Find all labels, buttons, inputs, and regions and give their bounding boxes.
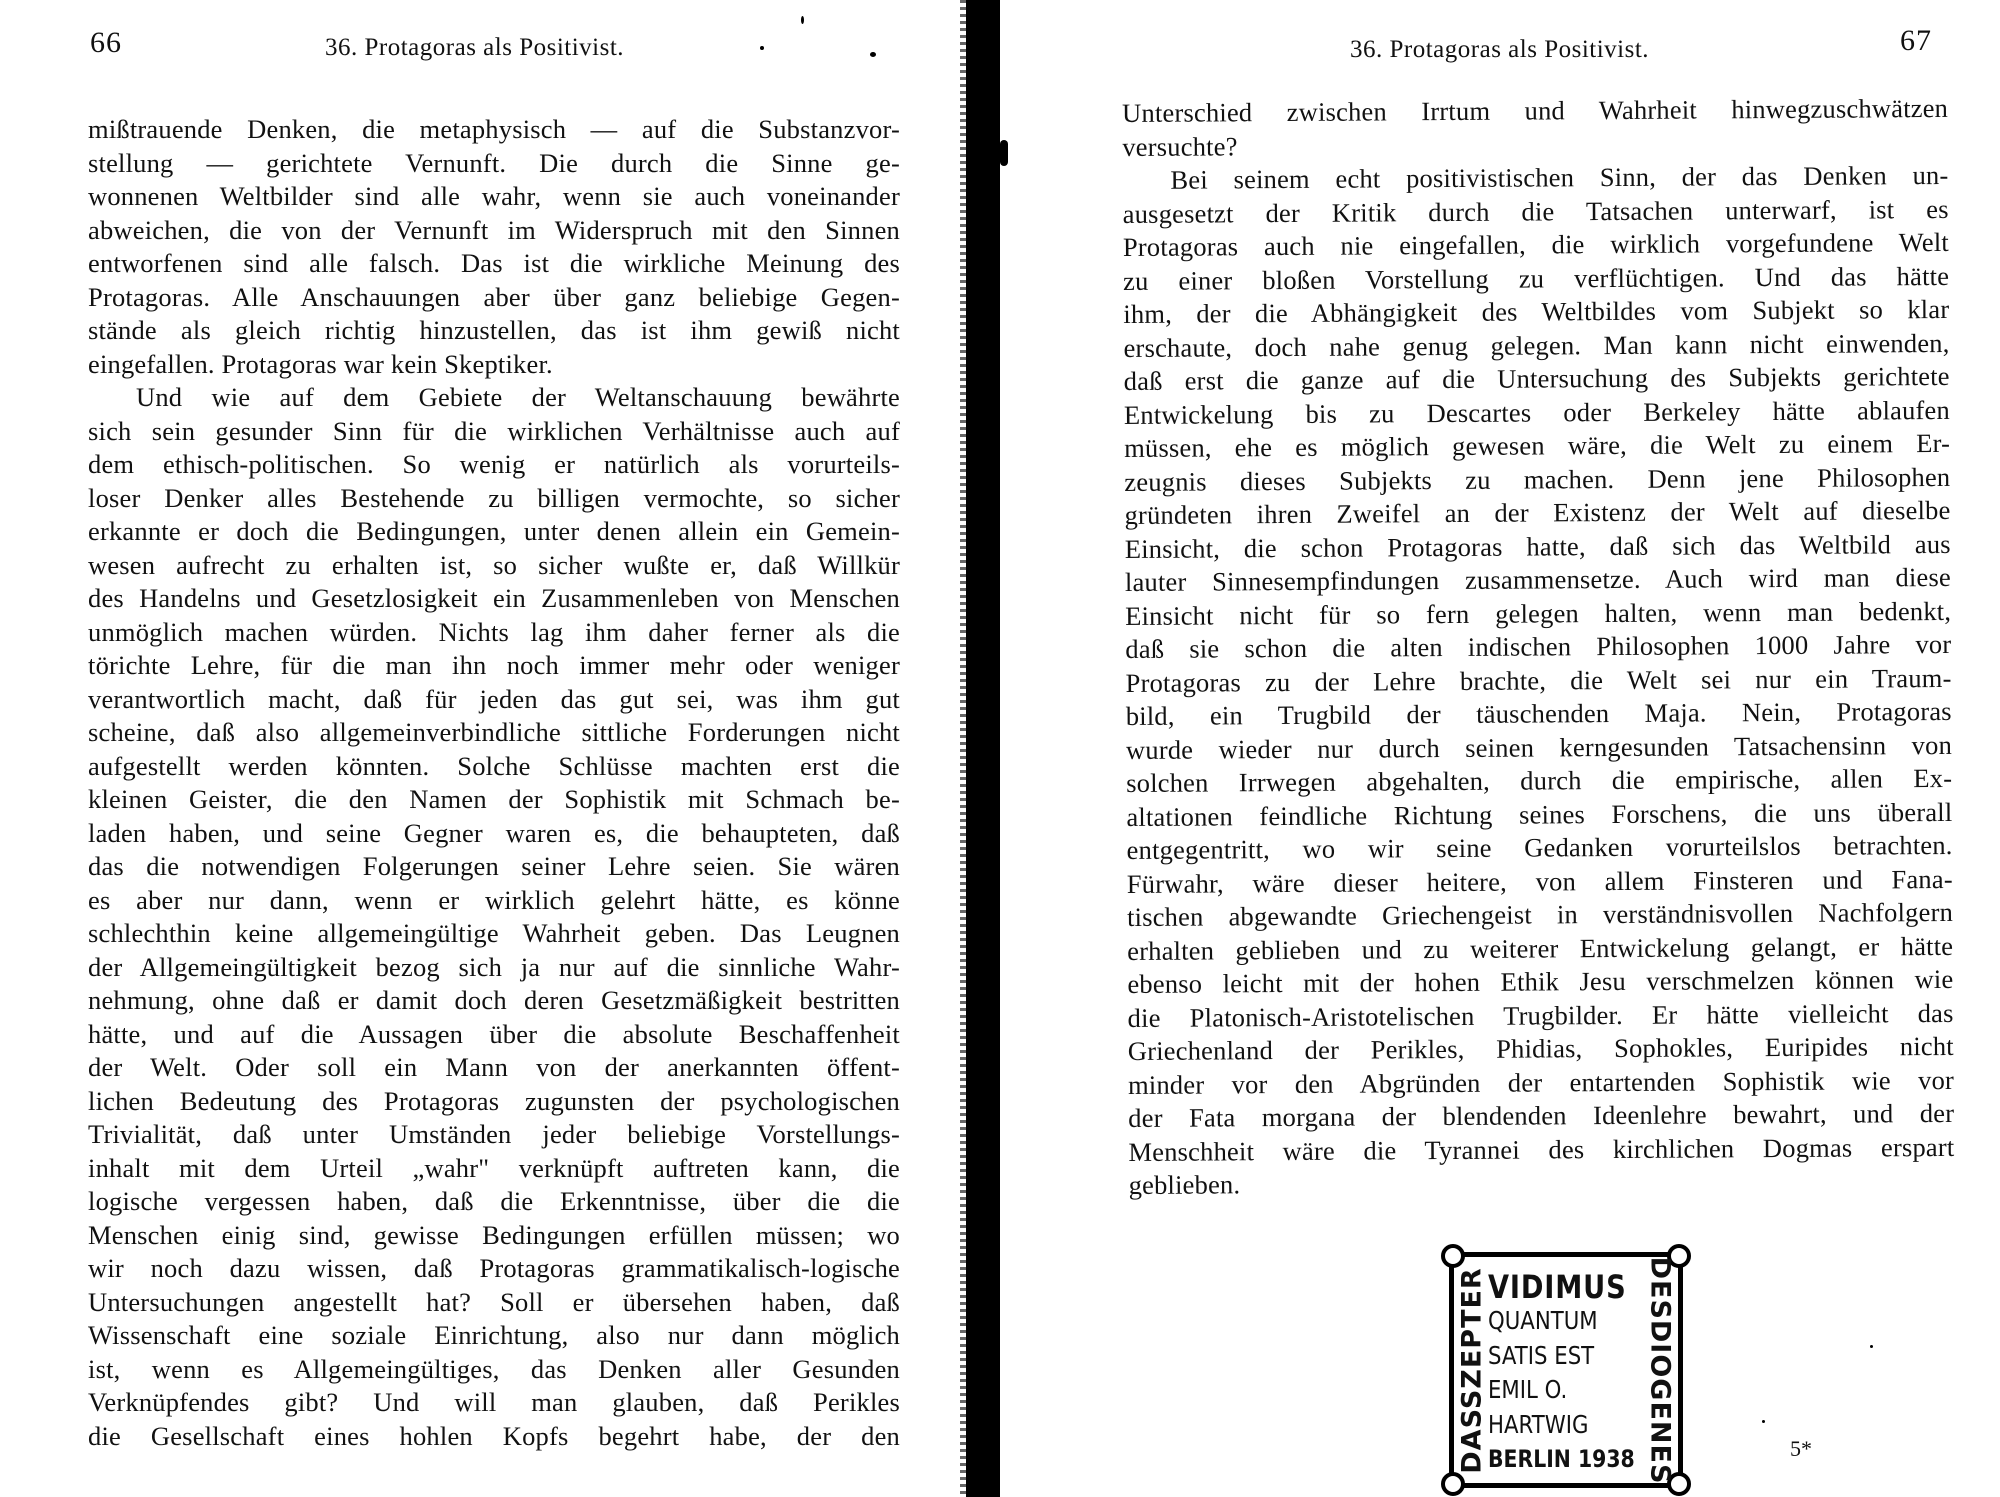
signature-mark: 5*: [1790, 1436, 1812, 1462]
text-line: das die notwendigen Folgerungen seiner L…: [88, 850, 900, 884]
text-line: Untersuchungen angestellt hat? Soll er ü…: [88, 1286, 900, 1320]
text-line: bild, ein Trugbild der täuschenden Maja.…: [1126, 695, 1952, 734]
text-line: die Gesellschaft eines hohlen Kopfs bege…: [88, 1420, 900, 1454]
print-speck: [801, 16, 804, 24]
text-line: daß sie schon die alten indischen Philos…: [1125, 628, 1951, 667]
page-number-left: 66: [90, 26, 122, 60]
text-line: ebenso leicht mit der hohen Ethik Jesu v…: [1127, 963, 1953, 1002]
text-line: Entwickelung bis zu Descartes oder Berke…: [1124, 393, 1950, 432]
text-line: minder vor den Abgründen der entartenden…: [1128, 1063, 1954, 1102]
print-speck: [760, 46, 764, 50]
library-stamp: DASSZEPTER DESDIOGENES VIDIMUS QUANTUM S…: [1449, 1252, 1683, 1488]
text-line: entgegentritt, wo wir seine Gedanken vor…: [1127, 829, 1953, 868]
text-line: zeugnis dieses Subjekts zu machen. Denn …: [1124, 460, 1950, 499]
text-line: verantwortlich macht, daß für jeden das …: [88, 683, 900, 717]
text-line: schlechthin keine allgemeingültige Wahrh…: [88, 917, 900, 951]
stamp-right-label: DESDIOGENES: [1645, 1256, 1676, 1484]
running-head-left: 36. Protagoras als Positivist.: [325, 34, 624, 62]
text-line: törichte Lehre, für die man ihn noch imm…: [88, 649, 900, 683]
stamp-left-text: DASSZEPTER: [1456, 1257, 1488, 1483]
text-line: laden haben, und seine Gegner waren es, …: [88, 817, 900, 851]
text-line: stellung — gerichtete Vernunft. Die durc…: [88, 147, 900, 181]
text-line: inhalt mit dem Urteil „wahr" verknüpft a…: [88, 1152, 900, 1186]
text-line: solchen Irrwegen abgehalten, durch die e…: [1126, 762, 1952, 801]
text-line: gründeten ihren Zweifel an der Existenz …: [1124, 494, 1950, 533]
right-page-text: Unterschied zwischen Irrtum und Wahrheit…: [1122, 92, 1955, 1203]
text-line: sich sein gesunder Sinn für die wirklich…: [88, 415, 900, 449]
text-line: wesen aufrecht zu erhalten ist, so siche…: [88, 549, 900, 583]
text-line: Menschheit wäre die Tyrannei des kirchli…: [1128, 1130, 1954, 1169]
text-line: tischen abgewandte Griechengeist in vers…: [1127, 896, 1953, 935]
text-line: erkannte er doch die Bedingungen, unter …: [88, 515, 900, 549]
text-line: Fürwahr, wäre dieser heitere, von allem …: [1127, 862, 1953, 901]
text-line: der Allgemeingültigkeit bezog sich ja nu…: [88, 951, 900, 985]
stamp-line: VIDIMUS: [1488, 1271, 1627, 1303]
text-line: ausgesetzt der Kritik durch die Tatsache…: [1123, 192, 1949, 231]
text-line: hätte, und auf die Aussagen über die abs…: [88, 1018, 900, 1052]
text-line: des Handelns und Gesetzlosigkeit ein Zus…: [88, 582, 900, 616]
text-line: es aber nur dann, wenn er wirklich geleh…: [88, 884, 900, 918]
text-line: eingefallen. Protagoras war kein Skeptik…: [88, 348, 900, 382]
text-line: versuchte?: [1122, 125, 1948, 164]
text-line: loser Denker alles Bestehende zu billige…: [88, 482, 900, 516]
text-line: abweichen, die von der Vernunft im Wider…: [88, 214, 900, 248]
text-line: Unterschied zwischen Irrtum und Wahrheit…: [1122, 92, 1948, 131]
text-line: daß erst die ganze auf die Untersuchung …: [1124, 360, 1950, 399]
text-line: der Welt. Oder soll ein Mann von der ane…: [88, 1051, 900, 1085]
text-line: Bei seinem echt positivistischen Sinn, d…: [1122, 159, 1948, 198]
page-number-right: 67: [1900, 24, 1932, 58]
text-line: logische vergessen haben, daß die Erkenn…: [88, 1185, 900, 1219]
text-line: mißtrauende Denken, die metaphysisch — a…: [88, 113, 900, 147]
book-binding-gutter: [966, 0, 1000, 1497]
text-line: wurde wieder nur durch seinen kerngesund…: [1126, 728, 1952, 767]
text-line: Protagoras. Alle Anschauungen aber über …: [88, 281, 900, 315]
text-line: der Fata morgana der blendenden Ideenleh…: [1128, 1097, 1954, 1136]
text-line: nehmung, ohne daß er damit doch deren Ge…: [88, 984, 900, 1018]
text-line: ist, wenn es Allgemeingültiges, das Denk…: [88, 1353, 900, 1387]
stamp-line: SATIS EST: [1488, 1340, 1594, 1372]
text-line: ihm, der die Abhängigkeit des Weltbildes…: [1123, 293, 1949, 332]
text-line: geblieben.: [1129, 1164, 1955, 1203]
text-line: Und wie auf dem Gebiete der Weltanschauu…: [88, 381, 900, 415]
text-line: altationen feindliche Richtung seines Fo…: [1126, 795, 1952, 834]
text-line: aufgestellt werden könnten. Solche Schlü…: [88, 750, 900, 784]
text-line: scheine, daß also allgemeinverbindliche …: [88, 716, 900, 750]
stamp-center-text: VIDIMUS QUANTUM SATIS EST EMIL O. HARTWI…: [1488, 1271, 1644, 1475]
text-line: entworfenen sind alle falsch. Das ist di…: [88, 247, 900, 281]
text-line: wir noch dazu wissen, daß Protagoras gra…: [88, 1252, 900, 1286]
text-line: erschaute, doch nahe genug gelegen. Man …: [1123, 326, 1949, 365]
text-line: Trivialität, daß unter Umständen jeder b…: [88, 1118, 900, 1152]
text-line: Protagoras zu der Lehre brachte, die Wel…: [1125, 661, 1951, 700]
text-line: stände als gleich richtig hinzustellen, …: [88, 314, 900, 348]
text-line: lichen Bedeutung des Protagoras zugunste…: [88, 1085, 900, 1119]
print-speck: [870, 52, 876, 57]
text-line: Wissenschaft eine soziale Einrichtung, a…: [88, 1319, 900, 1353]
text-line: Menschen einig sind, gewisse Bedingungen…: [88, 1219, 900, 1253]
stamp-line: HARTWIG: [1488, 1409, 1588, 1441]
stamp-left-label: DASSZEPTER: [1457, 1267, 1488, 1473]
stamp-line: QUANTUM: [1488, 1305, 1598, 1337]
running-head-right: 36. Protagoras als Positivist.: [1350, 36, 1649, 64]
text-line: unmöglich machen würden. Nichts lag ihm …: [88, 616, 900, 650]
text-line: Einsicht, die schon Protagoras hatte, da…: [1125, 527, 1951, 566]
text-line: zu einer bloßen Vorstellung zu verflücht…: [1123, 259, 1949, 298]
stamp-right-text: DESDIOGENES: [1644, 1257, 1676, 1483]
text-line: dem ethisch-politischen. So wenig er nat…: [88, 448, 900, 482]
text-line: wonnenen Weltbilder sind alle wahr, wenn…: [88, 180, 900, 214]
stamp-line: BERLIN 1938: [1488, 1443, 1635, 1475]
left-page: 66 36. Protagoras als Positivist. mißtra…: [0, 0, 968, 1497]
stamp-line: EMIL O.: [1488, 1374, 1567, 1406]
print-speck: [1762, 1420, 1765, 1423]
print-speck: [1870, 1345, 1873, 1348]
text-line: Verknüpfendes gibt? Und will man glauben…: [88, 1386, 900, 1420]
text-line: lauter Sinnesempfindungen zusammensetze.…: [1125, 561, 1951, 600]
text-line: Protagoras auch nie eingefallen, die wir…: [1123, 226, 1949, 265]
text-line: Einsicht nicht für so fern gelegen halte…: [1125, 594, 1951, 633]
text-line: Griechenland der Perikles, Phidias, Soph…: [1128, 1030, 1954, 1069]
text-line: erhalten geblieben und zu weiterer Entwi…: [1127, 929, 1953, 968]
text-line: kleinen Geister, die den Namen der Sophi…: [88, 783, 900, 817]
left-page-text: mißtrauende Denken, die metaphysisch — a…: [88, 113, 900, 1453]
text-line: die Platonisch-Aristotelischen Trugbilde…: [1128, 996, 1954, 1035]
text-line: müssen, ehe es möglich gewesen wäre, die…: [1124, 427, 1950, 466]
